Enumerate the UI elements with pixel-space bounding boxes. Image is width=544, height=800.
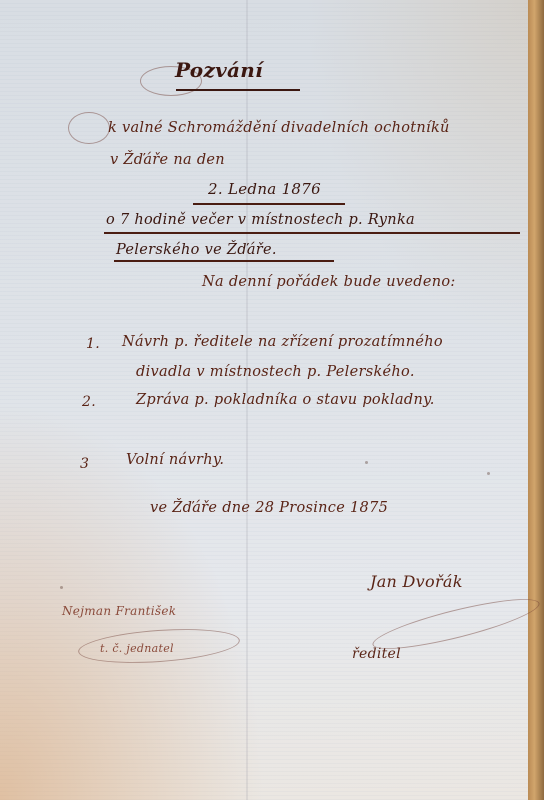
intro-flourish — [68, 112, 110, 144]
paper-edge — [528, 0, 544, 800]
meeting-date: 2. Ledna 1876 — [208, 180, 321, 198]
agenda-item-3-line-1: Volní návrhy. — [126, 452, 224, 468]
agenda-item-1-line-2: divadla v místnostech p. Pelerského. — [136, 364, 415, 380]
agenda-item-1-line-1: Návrh p. ředitele na zřízení prozatímnéh… — [122, 334, 443, 350]
agenda-item-2-line-1: Zpráva p. pokladníka o stavu pokladny. — [136, 392, 435, 408]
place-and-date: ve Žďáře dne 28 Prosince 1875 — [150, 500, 388, 516]
intro-line-2: v Žďáře na den — [110, 152, 225, 168]
left-signature-name: Nejman František — [62, 604, 176, 618]
title-underline — [176, 89, 300, 91]
time-place-line-1: o 7 hodině večer v místnostech p. Rynka — [106, 212, 415, 228]
date-underline — [193, 203, 345, 205]
right-signature-name: Jan Dvořák — [370, 572, 463, 591]
agenda-number-3: 3 — [80, 456, 89, 472]
agenda-number-1: 1. — [86, 336, 100, 352]
time-place-line-2: Pelerského ve Žďáře. — [116, 242, 277, 258]
ink-spot — [365, 461, 368, 464]
agenda-intro: Na denní pořádek bude uvedeno: — [202, 274, 456, 290]
time-place-underline-2 — [114, 260, 334, 262]
agenda-number-2: 2. — [82, 394, 96, 410]
document-title: Pozvání — [175, 58, 263, 82]
intro-line-1: k valné Schromáždění divadelních ochotní… — [108, 120, 450, 136]
left-signature-role: t. č. jednatel — [100, 642, 174, 655]
right-signature-role: ředitel — [352, 646, 401, 662]
ink-spot — [60, 586, 63, 589]
time-place-underline-1 — [104, 232, 520, 234]
ink-spot — [487, 472, 490, 475]
